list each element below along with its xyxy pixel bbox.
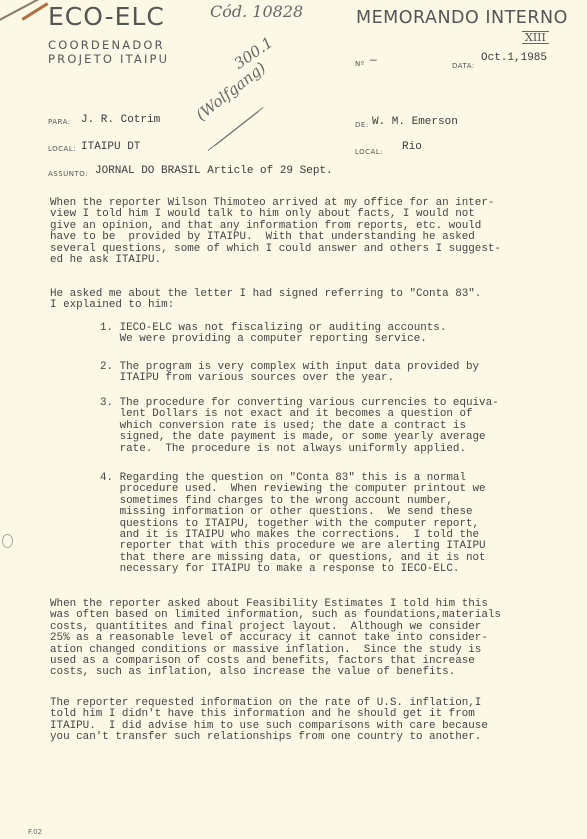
memo-roman-numeral: XIII [522, 31, 549, 44]
from-value: W. M. Emerson [372, 116, 458, 128]
list-item-1: 1. IECO-ELC was not fiscalizing or audit… [100, 323, 446, 346]
list-item-2: 2. The program is very complex with inpu… [100, 362, 479, 385]
memo-title: MEMORANDO INTERNO [356, 8, 568, 28]
body-paragraph-1: When the reporter Wilson Thimoteo arrive… [50, 198, 501, 266]
punch-hole [2, 534, 13, 548]
handwritten-underline [215, 111, 259, 146]
body-paragraph-3: When the reporter asked about Feasibilit… [50, 599, 501, 679]
to-label: PARA: [48, 118, 71, 126]
subject-value: JORNAL DO BRASIL Article of 29 Sept. [95, 165, 333, 177]
list-item-3: 3. The procedure for converting various … [100, 398, 499, 455]
to-value: J. R. Cotrim [81, 114, 160, 126]
number-value: — [370, 55, 377, 67]
body-paragraph-2: He asked me about the letter I had signe… [50, 289, 481, 312]
list-item-4: 4. Regarding the question on "Conta 83" … [100, 473, 486, 576]
date-value: Oct.1,1985 [481, 52, 547, 64]
paper-mark [0, 0, 43, 26]
from-local-label: LOCAL: [355, 148, 383, 156]
body-paragraph-4: The reporter requested information on th… [50, 698, 488, 744]
logo-subtitle-1: COORDENADOR [48, 38, 165, 52]
from-local-value: Rio [402, 141, 422, 153]
company-logo: ECO-ELC [48, 2, 165, 31]
handwritten-name: (Wolfgang) [192, 59, 269, 124]
memo-page: ECO-ELC COORDENADOR PROJETO ITAIPU Cód. … [0, 0, 587, 839]
to-local-label: LOCAL: [48, 145, 76, 153]
from-label: DE: [355, 121, 369, 129]
date-label: DATA: [452, 62, 475, 70]
handwritten-code: Cód. 10828 [210, 2, 303, 21]
logo-subtitle-2: PROJETO ITAIPU [48, 52, 169, 66]
number-label: Nº [355, 60, 365, 68]
to-local-value: ITAIPU DT [81, 141, 140, 153]
subject-label: ASSUNTO: [48, 170, 88, 178]
form-code: F.02 [28, 828, 42, 836]
